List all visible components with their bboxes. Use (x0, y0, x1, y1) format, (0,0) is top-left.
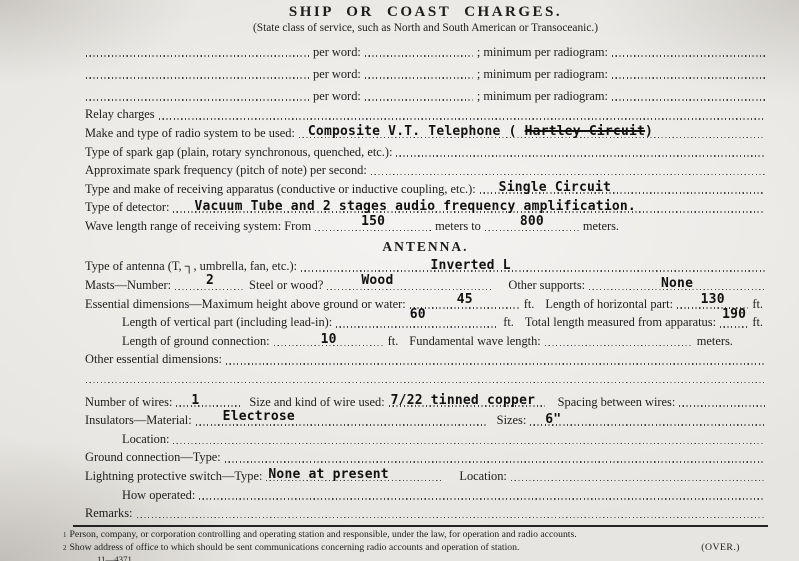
antenna-type-value: Inverted L (431, 258, 511, 273)
receiving-apparatus-line: Single Circuit (479, 178, 766, 197)
insulator-location-line (172, 429, 766, 448)
horizontal-part-value: 130 (701, 292, 725, 307)
spark-frequency-label: Approximate spark frequency (pitch of no… (85, 163, 370, 178)
wire-spacing-line (678, 391, 766, 410)
relay-charges-line (158, 104, 766, 123)
other-dimensions-row: Other essential dimensions: (85, 349, 766, 368)
horizontal-part-label: Length of horizontal part: (537, 297, 676, 312)
wire-size-line: 7/22 tinned copper (388, 391, 546, 410)
antenna-type-label: Type of antenna (T, ┐, umbrella, fan, et… (85, 259, 300, 274)
wire-spacing-label: Spacing between wires: (546, 395, 679, 410)
remarks-line (136, 503, 767, 522)
max-height-value: 45 (457, 292, 473, 307)
wave-to-label: meters to (432, 219, 484, 234)
receiving-apparatus-value: Single Circuit (499, 180, 611, 195)
min-radiogram-label: ; minimum per radiogram: (474, 67, 611, 82)
number-of-wires-line: 1 (175, 391, 241, 410)
per-word-line (364, 38, 474, 60)
lightning-location-label: Location: (443, 469, 509, 484)
number-of-wires-row: Number of wires: 1 Size and kind of wire… (85, 391, 766, 410)
radio-system-value: Composite V.T. Telephone ( Hartley Circu… (308, 124, 653, 139)
ground-connection-type-label: Ground connection—Type: (85, 450, 224, 465)
form-content: SHIP OR COAST CHARGES. (State class of s… (85, 0, 766, 561)
receiving-apparatus-row: Type and make of receiving apparatus (co… (85, 178, 766, 197)
spark-gap-line (395, 141, 766, 160)
footnote-1: 1 Person, company, or corporation contro… (63, 529, 766, 541)
footnote-2-text: Show address of office to which should b… (70, 542, 520, 553)
how-operated-row: How operated: (85, 484, 766, 503)
min-radiogram-line (611, 82, 766, 104)
detector-row: Type of detector: Vacuum Tube and 2 stag… (85, 197, 766, 216)
footnote-1-text: Person, company, or corporation controll… (70, 529, 577, 540)
spark-frequency-row: Approximate spark frequency (pitch of no… (85, 160, 766, 179)
insulator-sizes-line: 6" (529, 410, 766, 429)
ground-length-value: 10 (321, 332, 337, 347)
radio-system-line: Composite V.T. Telephone ( Hartley Circu… (298, 123, 766, 142)
min-radiogram-label: ; minimum per radiogram: (474, 45, 611, 60)
masts-number-line: 2 (174, 275, 246, 294)
ground-connection-length-row: Length of ground connection: 10 ft. Fund… (85, 331, 766, 350)
wave-to-line: 800 (484, 216, 580, 235)
over-label: (OVER.) (701, 542, 740, 553)
steel-or-wood-line: Wood (326, 275, 494, 294)
ft-label: ft. (749, 315, 766, 330)
radio-system-value-pre: Composite V.T. Telephone ( (308, 124, 525, 139)
ft-label: ft. (500, 315, 517, 330)
relay-charges-label: Relay charges (85, 107, 158, 122)
footnote-1-marker: 1 (63, 530, 67, 541)
receiving-apparatus-label: Type and make of receiving apparatus (co… (85, 182, 479, 197)
insulator-location-label: Location: (122, 432, 172, 447)
total-length-line: 190 (719, 312, 749, 331)
detector-value: Vacuum Tube and 2 stages audio frequency… (194, 199, 635, 214)
insulators-row: Insulators—Material: Electrose Sizes: 6" (85, 410, 766, 429)
lightning-switch-value: None at present (268, 467, 388, 482)
insulator-location-row: Location: (85, 429, 766, 448)
rate-carrier-line (85, 38, 310, 60)
max-height-label: Essential dimensions—Maximum height abov… (85, 297, 409, 312)
lightning-location-line (510, 466, 766, 485)
per-word-label: per word: (310, 89, 364, 104)
ground-length-label: Length of ground connection: (122, 334, 273, 349)
lightning-switch-label: Lightning protective switch—Type: (85, 469, 265, 484)
number-of-wires-value: 1 (191, 393, 199, 408)
per-word-line (364, 82, 474, 104)
lightning-switch-line: None at present (265, 466, 443, 485)
fundamental-wave-line (544, 331, 694, 350)
wire-size-value: 7/22 tinned copper (391, 393, 535, 408)
spark-gap-row: Type of spark gap (plain, rotary synchro… (85, 141, 766, 160)
rate-row-1: per word: ; minimum per radiogram: (85, 38, 766, 60)
masts-number-value: 2 (206, 273, 214, 288)
wave-from-line: 150 (314, 216, 432, 235)
total-length-value: 190 (722, 307, 746, 322)
antenna-type-line: Inverted L (300, 256, 766, 275)
scanned-form-page: SHIP OR COAST CHARGES. (State class of s… (0, 0, 799, 561)
vertical-part-label: Length of vertical part (including lead-… (122, 315, 335, 330)
antenna-section-title: ANTENNA. (85, 239, 766, 256)
spark-gap-label: Type of spark gap (plain, rotary synchro… (85, 145, 395, 160)
radio-system-row: Make and type of radio system to be used… (85, 123, 766, 142)
wave-from-label: Wave length range of receiving system: F… (85, 219, 314, 234)
other-dimensions-label: Other essential dimensions: (85, 352, 225, 367)
how-operated-label: How operated: (122, 488, 198, 503)
insulator-sizes-label: Sizes: (487, 413, 530, 428)
wave-from-value: 150 (361, 214, 385, 229)
masts-number-label: Masts—Number: (85, 278, 174, 293)
masts-row: Masts—Number: 2 Steel or wood? Wood Othe… (85, 275, 766, 294)
detector-line: Vacuum Tube and 2 stages audio frequency… (172, 197, 766, 216)
footnote-2-marker: 2 (63, 543, 67, 554)
vertical-part-value: 60 (410, 307, 426, 322)
wave-length-row: Wave length range of receiving system: F… (85, 216, 766, 235)
vertical-part-row: Length of vertical part (including lead-… (85, 312, 766, 331)
insulator-sizes-value: 6" (545, 412, 561, 427)
wave-units-label: meters. (580, 219, 622, 234)
ft-label: ft. (521, 297, 538, 312)
remarks-row: Remarks: (85, 503, 766, 522)
rate-row-2: per word: ; minimum per radiogram: (85, 60, 766, 82)
footnote-2: 2 Show address of office to which should… (63, 542, 766, 554)
continuation-line-row (85, 368, 766, 387)
insulators-material-label: Insulators—Material: (85, 413, 195, 428)
continuation-line (85, 368, 766, 387)
page-title: SHIP OR COAST CHARGES. (85, 0, 766, 22)
ground-length-line: 10 (273, 331, 385, 350)
rate-carrier-line (85, 82, 310, 104)
how-operated-line (198, 484, 766, 503)
other-supports-line: None (588, 275, 766, 294)
rate-carrier-line (85, 60, 310, 82)
radio-system-label: Make and type of radio system to be used… (85, 126, 298, 141)
fundamental-wave-label: Fundamental wave length: (401, 334, 543, 349)
per-word-label: per word: (310, 67, 364, 82)
steel-or-wood-value: Wood (361, 273, 393, 288)
insulators-material-value: Electrose (223, 409, 295, 424)
spark-frequency-line (370, 160, 766, 179)
per-word-line (364, 60, 474, 82)
min-radiogram-line (611, 60, 766, 82)
min-radiogram-label: ; minimum per radiogram: (474, 89, 611, 104)
ft-label: ft. (385, 334, 402, 349)
page-subtitle: (State class of service, such as North a… (85, 22, 766, 38)
ground-connection-type-line (224, 447, 766, 466)
number-of-wires-label: Number of wires: (85, 395, 175, 410)
insulators-material-line: Electrose (195, 410, 487, 429)
rate-row-3: per word: ; minimum per radiogram: (85, 82, 766, 104)
min-radiogram-line (611, 38, 766, 60)
other-supports-label: Other supports: (494, 278, 588, 293)
relay-charges-row: Relay charges (85, 104, 766, 123)
ft-label: ft. (749, 297, 766, 312)
detector-label: Type of detector: (85, 200, 172, 215)
form-number: 11—4371 (97, 554, 766, 561)
ground-connection-type-row: Ground connection—Type: (85, 447, 766, 466)
footnote-rule (73, 525, 768, 527)
vertical-part-line: 60 (335, 312, 500, 331)
remarks-label: Remarks: (85, 506, 136, 521)
other-dimensions-line (225, 349, 766, 368)
steel-or-wood-label: Steel or wood? (246, 278, 326, 293)
other-supports-value: None (661, 276, 693, 291)
per-word-label: per word: (310, 45, 364, 60)
antenna-type-row: Type of antenna (T, ┐, umbrella, fan, et… (85, 256, 766, 275)
wave-to-value: 800 (520, 214, 544, 229)
total-length-label: Total length measured from apparatus: (517, 315, 719, 330)
radio-system-struck-text: Hartley Circuit (525, 124, 645, 139)
lightning-switch-row: Lightning protective switch—Type: None a… (85, 466, 766, 485)
meters-label: meters. (694, 334, 736, 349)
radio-system-value-post: ) (645, 124, 653, 139)
